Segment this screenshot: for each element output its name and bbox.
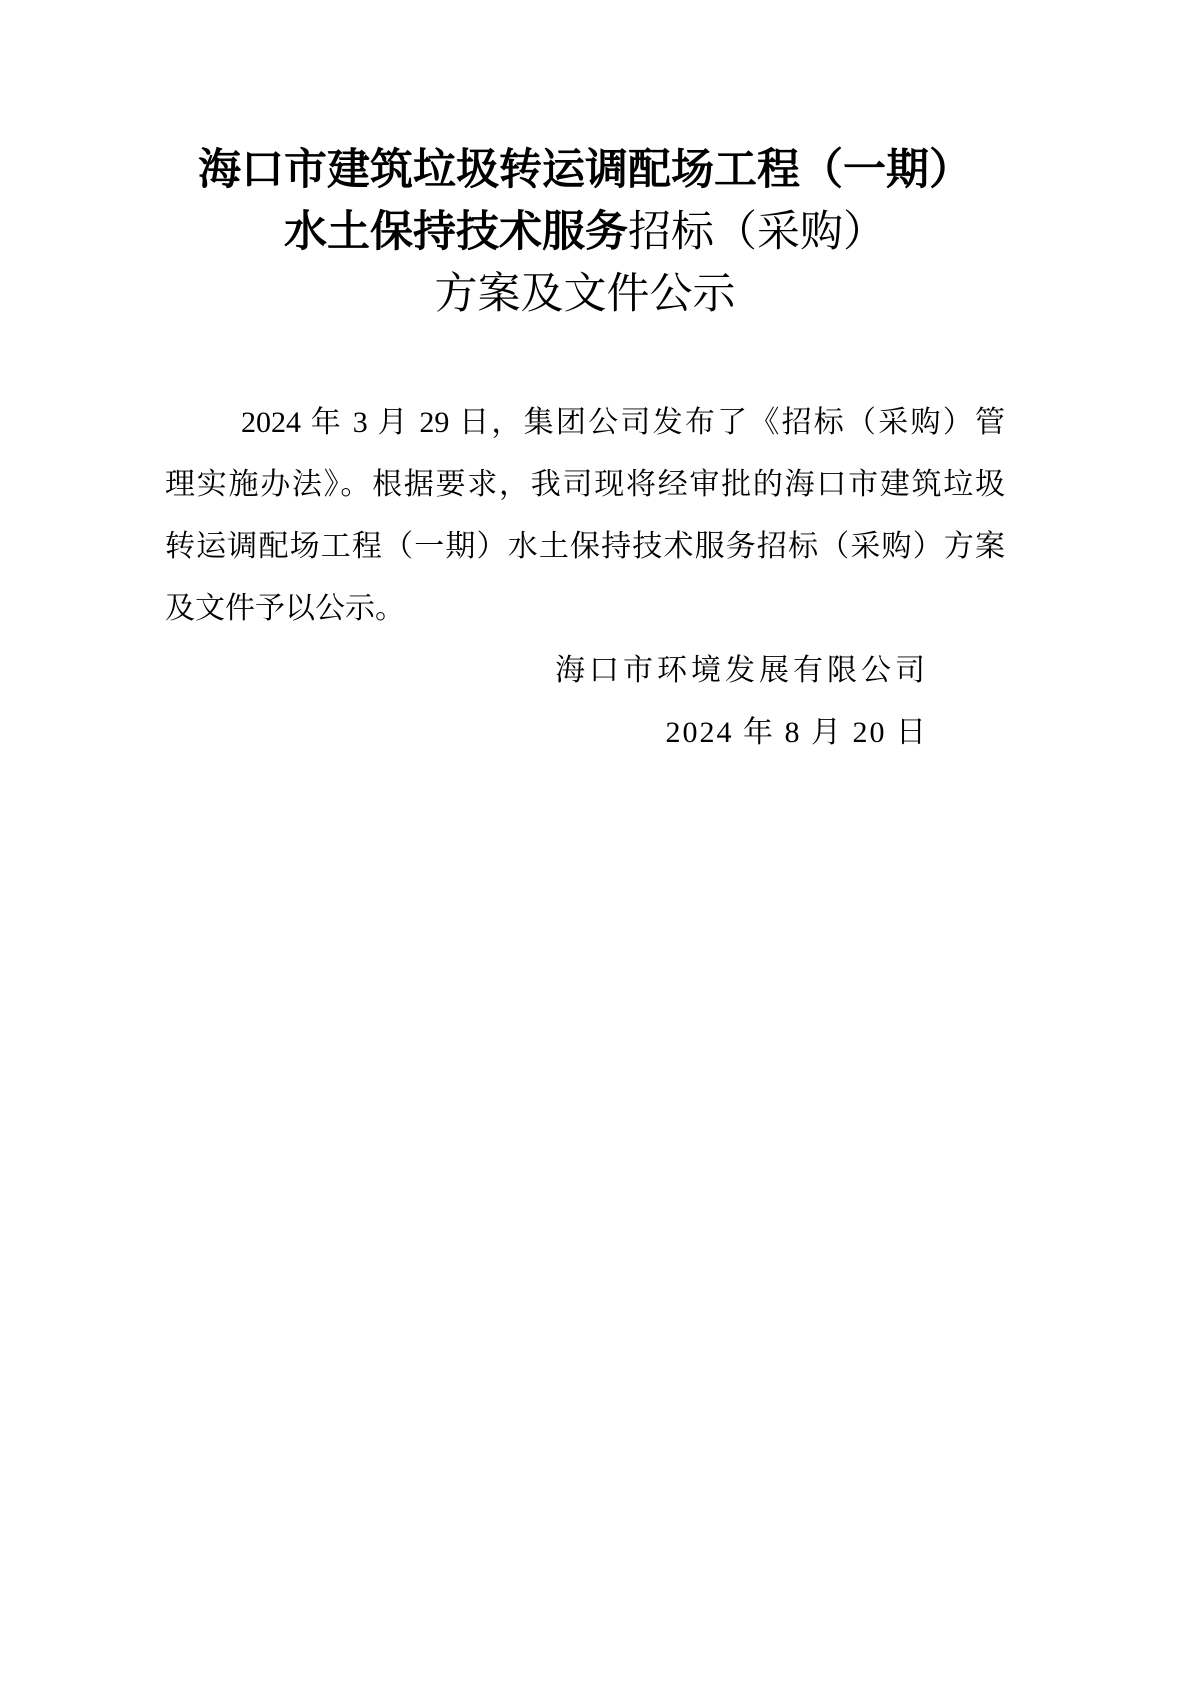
signature-block: 海口市环境发展有限公司 2024 年 8 月 20 日 [165,640,1005,764]
body-paragraph: 2024 年 3 月 29 日，集团公司发布了《招标（采购）管 理实施办法》。根… [165,392,1005,640]
body-paragraph-line-1: 2024 年 3 月 29 日，集团公司发布了《招标（采购）管 [165,392,1005,454]
body-paragraph-line-2: 理实施办法》。根据要求，我司现将经审批的海口市建筑垃圾 [165,454,1005,516]
document-title: 海口市建筑垃圾转运调配场工程（一期） 水土保持技术服务招标（采购） 方案及文件公… [165,140,1005,326]
document-title-line-2-regular: 招标（采购） [628,209,886,256]
document-title-line-3: 方案及文件公示 [165,264,1005,326]
document-content: 海口市建筑垃圾转运调配场工程（一期） 水土保持技术服务招标（采购） 方案及文件公… [165,0,1005,764]
body-paragraph-line-3: 转运调配场工程（一期）水土保持技术服务招标（采购）方案 [165,516,1005,578]
signature-date: 2024 年 8 月 20 日 [165,702,1005,764]
document-title-line-1: 海口市建筑垃圾转运调配场工程（一期） [165,140,1005,202]
document-page: 海口市建筑垃圾转运调配场工程（一期） 水土保持技术服务招标（采购） 方案及文件公… [0,0,1190,1683]
signature-company: 海口市环境发展有限公司 [165,640,1005,702]
document-title-line-2-bold: 水土保持技术服务 [284,209,628,256]
body-paragraph-line-4: 及文件予以公示。 [165,578,1005,640]
document-title-line-2: 水土保持技术服务招标（采购） [165,202,1005,264]
